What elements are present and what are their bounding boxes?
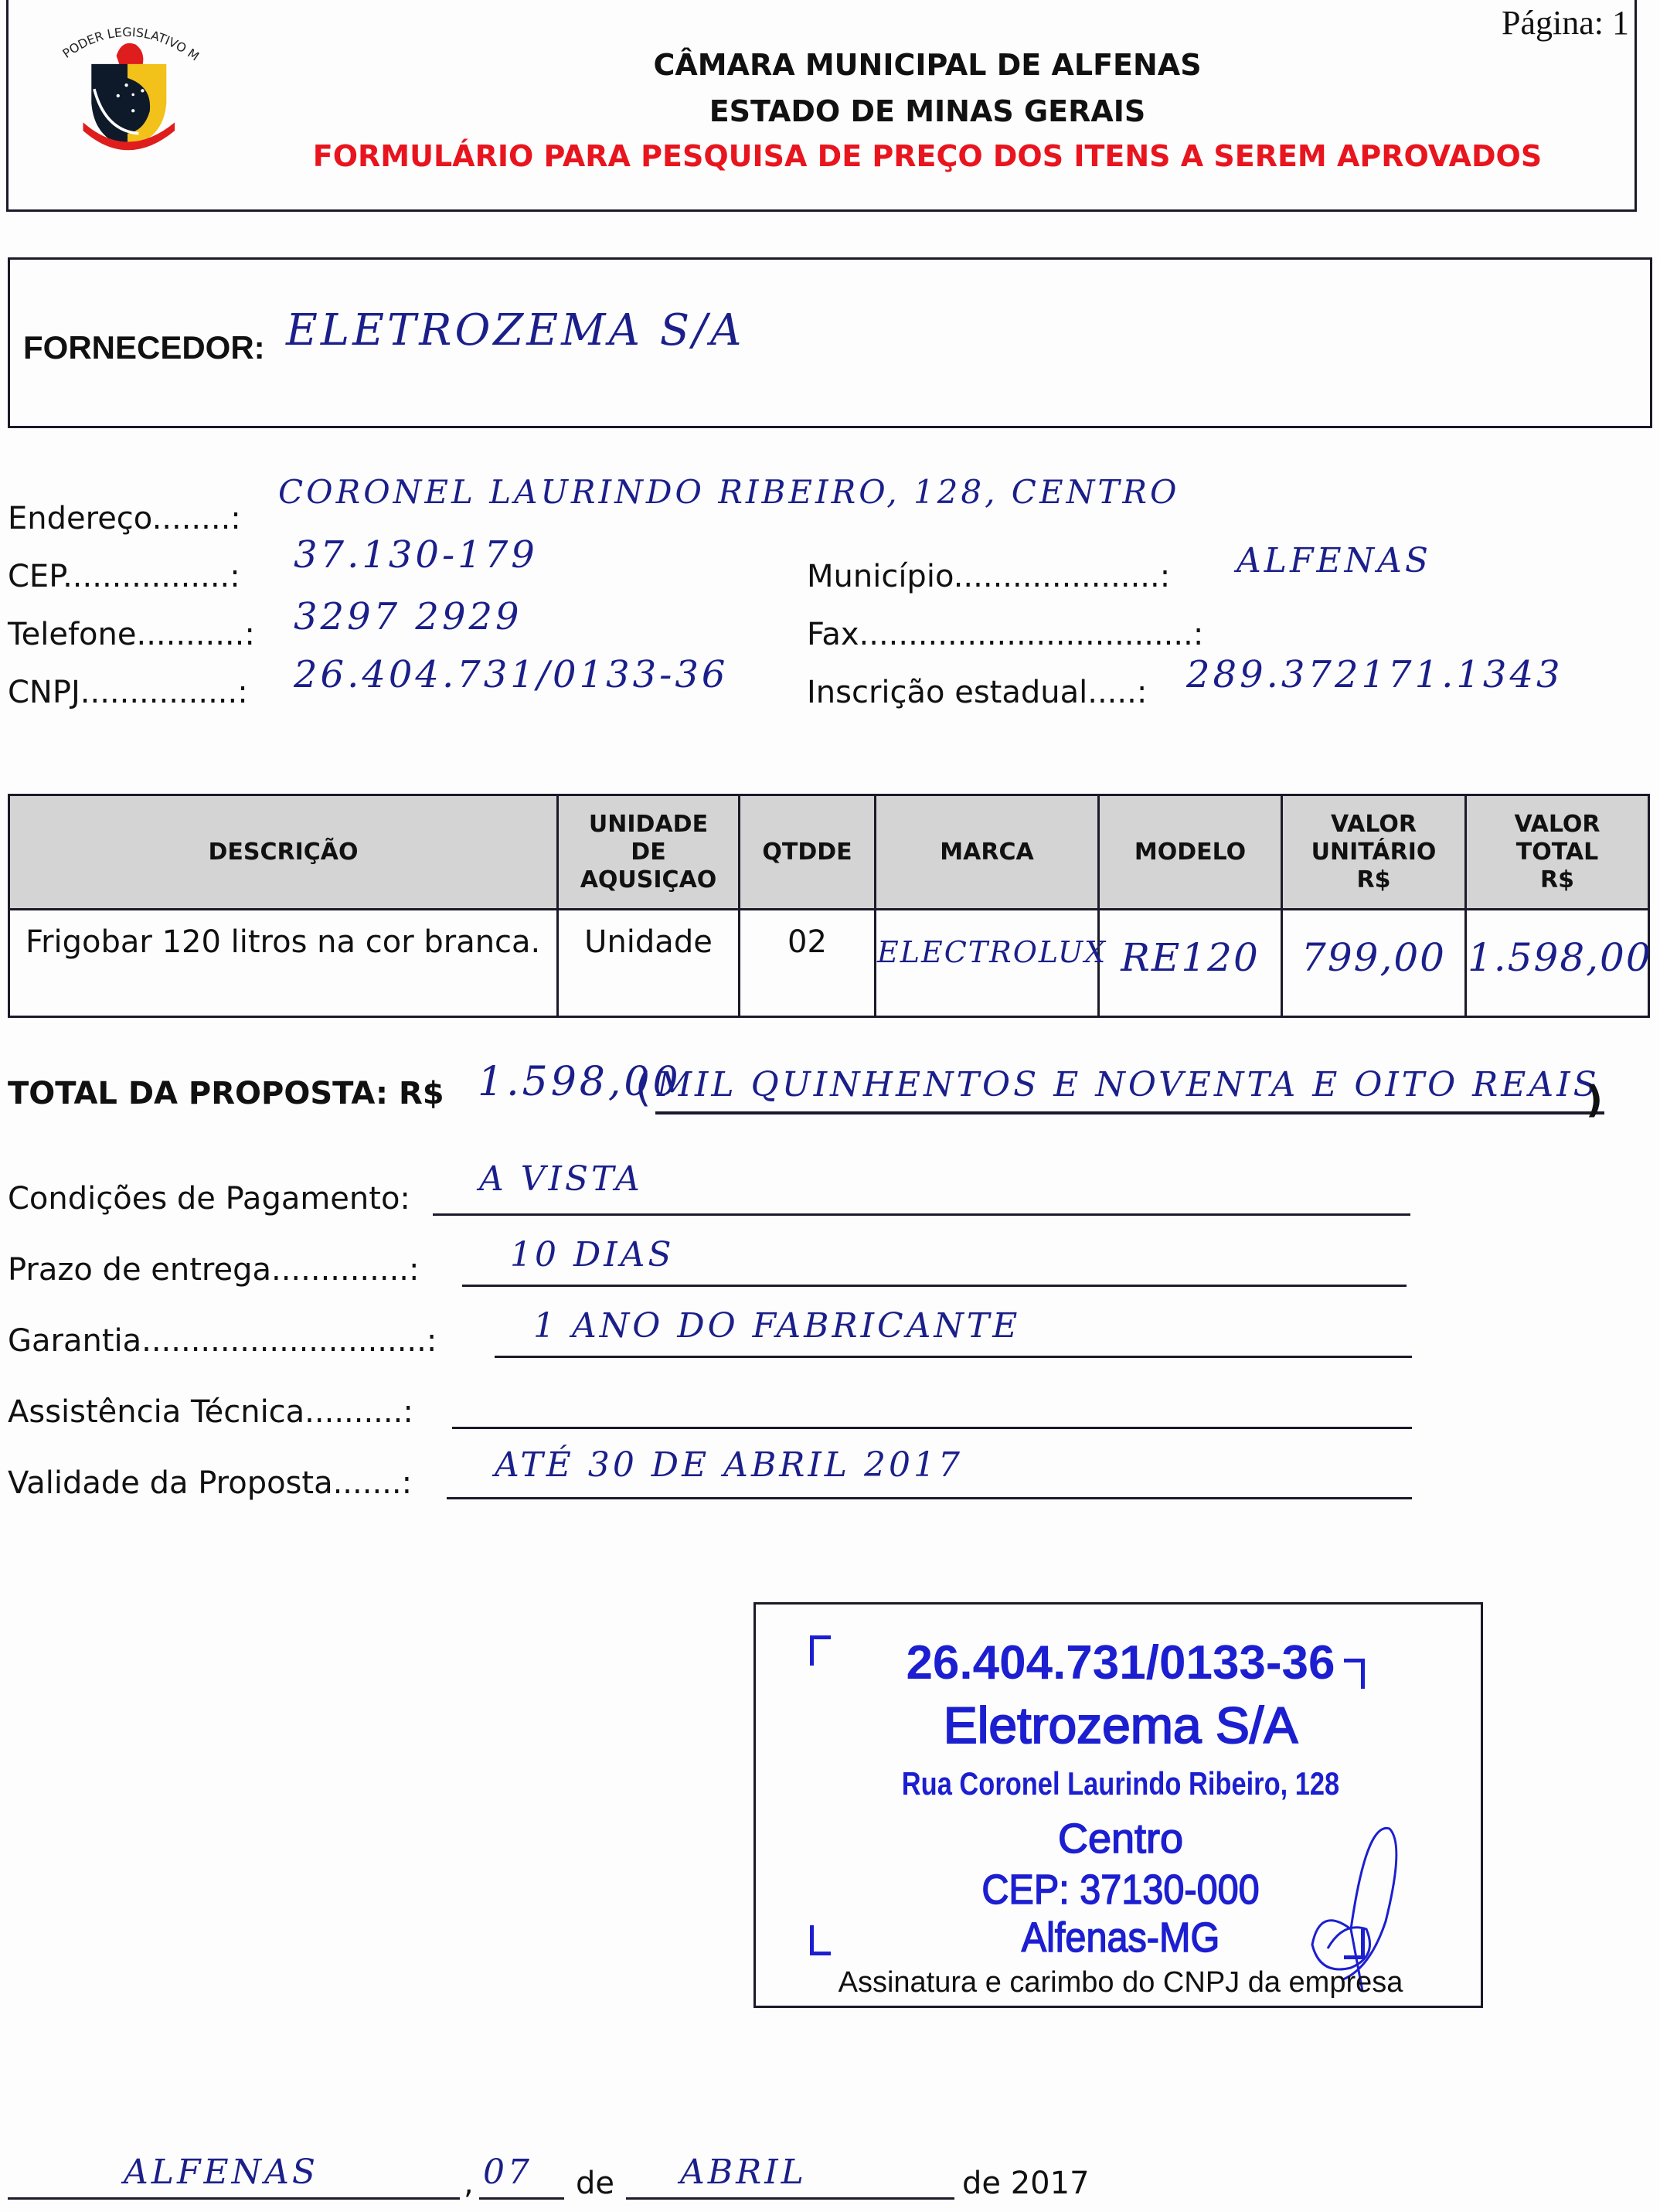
col-brand: MARCA — [876, 795, 1099, 910]
signature-stamp-box[interactable]: 26.404.731/0133-36 Eletrozema S/A Rua Co… — [753, 1602, 1483, 2008]
col-unit-label: UNIDADE DE AQUSIÇAO — [579, 811, 718, 894]
proposal-validity-field[interactable]: ATÉ 30 DE ABRIL 2017 — [495, 1445, 963, 1485]
date-month-field[interactable]: ABRIL — [680, 2152, 807, 2192]
col-description: DESCRIÇÃO — [9, 795, 558, 910]
col-total-price: VALOR TOTAL R$ — [1466, 795, 1649, 910]
col-qty: QTDDE — [740, 795, 876, 910]
address-field[interactable]: CORONEL LAURINDO RIBEIRO, 128, CENTRO — [278, 473, 1179, 511]
table-row: Frigobar 120 litros na cor branca. Unida… — [9, 910, 1649, 1017]
signature-caption: Assinatura e carimbo do CNPJ da empresa — [756, 1966, 1485, 1999]
cnpj-field[interactable]: 26.404.731/0133-36 — [294, 653, 728, 696]
payment-terms-field[interactable]: A VISTA — [479, 1159, 643, 1199]
unit-price-value: 799,00 — [1301, 935, 1446, 980]
coat-of-arms-logo: PODER LEGISLATIVO MUNICIPAL — [39, 5, 216, 190]
total-in-words-field[interactable]: MIL QUINHENTOS E NOVENTA E OITO REAIS — [657, 1065, 1600, 1104]
address-label: Endereço........: — [8, 501, 241, 536]
delivery-time-field[interactable]: 10 DIAS — [510, 1235, 675, 1274]
model-value: RE120 — [1121, 935, 1260, 980]
cell-unit: Unidade — [558, 910, 740, 1017]
col-model: MODELO — [1099, 795, 1282, 910]
date-city-line — [8, 2197, 460, 2200]
phone-label: Telefone...........: — [8, 617, 255, 652]
cell-brand[interactable]: ELECTROLUX — [876, 910, 1099, 1017]
stamp-company-name: Eletrozema S/A — [756, 1696, 1485, 1754]
col-unit-price-label: VALOR UNITÁRIO R$ — [1308, 811, 1440, 894]
date-year: de 2017 — [962, 2166, 1090, 2201]
cell-unit-price[interactable]: 799,00 — [1282, 910, 1466, 1017]
delivery-time-label: Prazo de entrega..............: — [8, 1252, 419, 1288]
delivery-time-line — [462, 1285, 1407, 1287]
warranty-line — [495, 1356, 1412, 1358]
state-registration-field[interactable]: 289.372171.1343 — [1186, 653, 1563, 696]
stamp-address: Rua Coronel Laurindo Ribeiro, 128 — [821, 1765, 1420, 1802]
date-city-field[interactable]: ALFENAS — [124, 2152, 318, 2192]
table-header-row: DESCRIÇÃO UNIDADE DE AQUSIÇAO QTDDE MARC… — [9, 795, 1649, 910]
total-open-paren: ( — [635, 1065, 651, 1111]
cell-description: Frigobar 120 litros na cor branca. — [9, 910, 558, 1017]
date-comma: , — [464, 2166, 474, 2201]
date-day-field[interactable]: 07 — [483, 2152, 532, 2192]
council-title: CÂMARA MUNICIPAL DE ALFENAS — [193, 48, 1660, 82]
total-label: TOTAL DA PROPOSTA: R$ — [8, 1076, 444, 1111]
proposal-validity-line — [447, 1497, 1412, 1499]
form-title: FORMULÁRIO PARA PESQUISA DE PREÇO DOS IT… — [193, 139, 1660, 173]
cnpj-label: CNPJ................: — [8, 675, 248, 710]
col-unit: UNIDADE DE AQUSIÇAO — [558, 795, 740, 910]
date-day-line — [479, 2197, 564, 2200]
cell-qty: 02 — [740, 910, 876, 1017]
page-number: Página: 1 — [1502, 3, 1629, 43]
phone-field[interactable]: 3297 2929 — [294, 595, 522, 638]
warranty-field[interactable]: 1 ANO DO FABRICANTE — [533, 1306, 1020, 1346]
supplier-label: FORNECEDOR: — [23, 329, 265, 366]
col-total-price-label: VALOR TOTAL R$ — [1511, 811, 1604, 894]
col-unit-price: VALOR UNITÁRIO R$ — [1282, 795, 1466, 910]
total-underline — [655, 1111, 1604, 1115]
cell-model[interactable]: RE120 — [1099, 910, 1282, 1017]
cep-label: CEP.................: — [8, 559, 240, 594]
cell-total-price[interactable]: 1.598,00 — [1466, 910, 1649, 1017]
items-table: DESCRIÇÃO UNIDADE DE AQUSIÇAO QTDDE MARC… — [8, 794, 1650, 1018]
warranty-label: Garantia.............................: — [8, 1323, 437, 1359]
date-de-1: de — [576, 2166, 614, 2201]
total-close-paren: ) — [1586, 1078, 1603, 1121]
proposal-validity-label: Validade da Proposta.......: — [8, 1465, 412, 1501]
stamp-cnpj: 26.404.731/0133-36 — [756, 1635, 1485, 1690]
fax-label: Fax..................................: — [807, 617, 1203, 652]
city-label: Município.....................: — [807, 559, 1170, 594]
city-field[interactable]: ALFENAS — [1236, 541, 1431, 580]
supplier-field[interactable]: ELETROZEMA S/A — [286, 305, 744, 356]
payment-terms-label: Condições de Pagamento: — [8, 1181, 410, 1217]
total-price-value: 1.598,00 — [1468, 935, 1652, 980]
state-registration-label: Inscrição estadual.....: — [807, 675, 1147, 710]
payment-terms-line — [433, 1213, 1410, 1216]
date-month-line — [626, 2197, 954, 2200]
cep-field[interactable]: 37.130-179 — [294, 533, 538, 577]
state-title: ESTADO DE MINAS GERAIS — [193, 94, 1660, 128]
technical-assistance-line — [452, 1427, 1412, 1429]
brand-value: ELECTROLUX — [877, 935, 1107, 969]
technical-assistance-label: Assistência Técnica..........: — [8, 1394, 413, 1430]
